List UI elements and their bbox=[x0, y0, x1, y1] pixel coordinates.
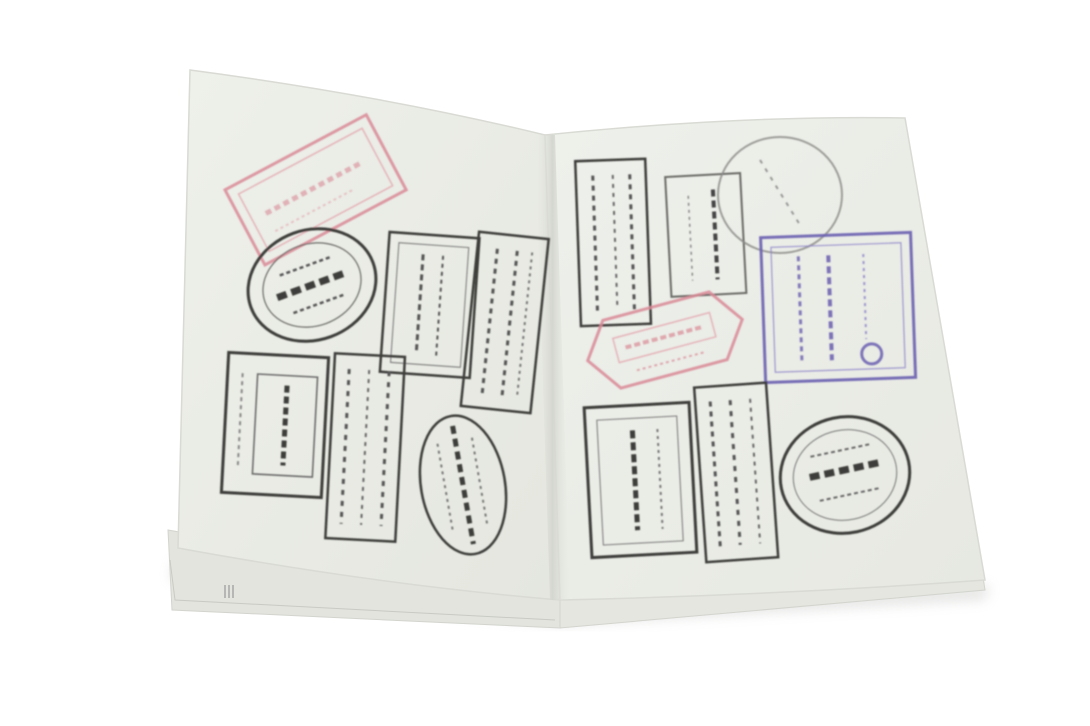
passport-photo bbox=[0, 0, 1090, 726]
passport-illustration bbox=[0, 0, 1090, 726]
